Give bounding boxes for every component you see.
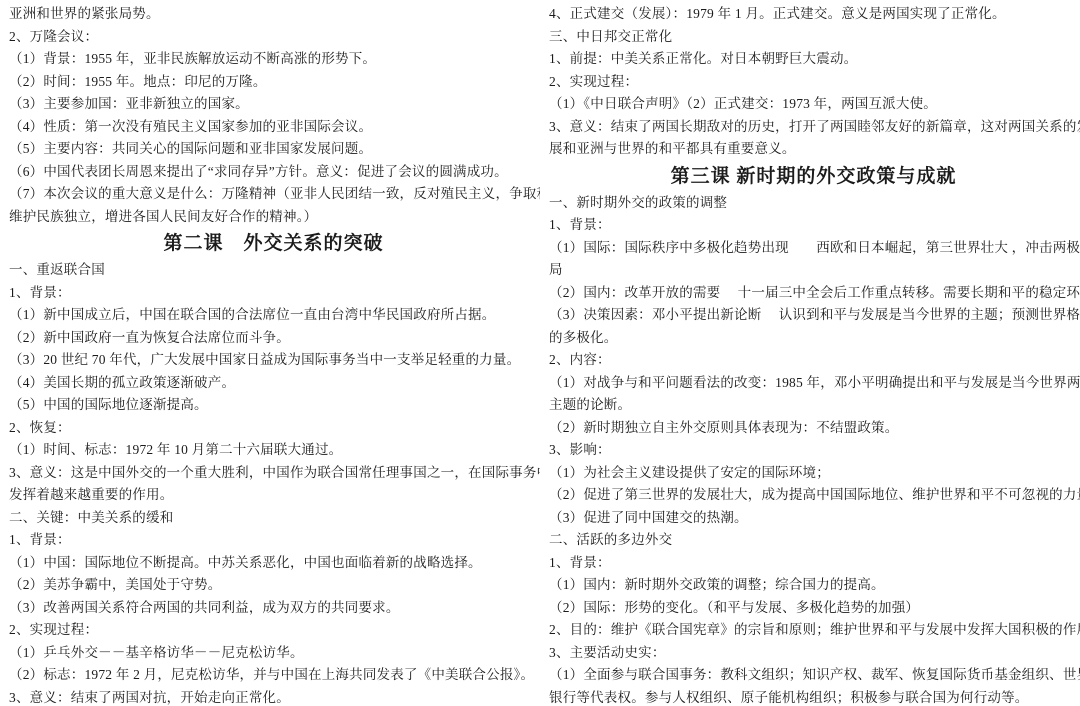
section-heading: 第二课 外交关系的突破 — [9, 228, 538, 259]
text-line: （4）美国长期的孤立政策逐渐破产。 — [9, 372, 538, 395]
text-line: （1）对战争与和平问题看法的改变：1985 年，邓小平明确提出和平与发展是当今世… — [549, 372, 1078, 395]
text-line: 银行等代表权。参与人权组织、原子能机构组织；积极参与联合国为何行动等。 — [549, 687, 1078, 706]
right-column: 4、正式建交（发展）：1979 年 1 月。正式建交。意义是两国实现了正常化。三… — [540, 0, 1080, 706]
text-line: 主题的论断。 — [549, 394, 1078, 417]
text-line: 二、关键：中美关系的缓和 — [9, 507, 538, 530]
text-line: 亚洲和世界的紧张局势。 — [9, 3, 538, 26]
text-line: （1）国际：国际秩序中多极化趋势出现 西欧和日本崛起，第三世界壮大 ，冲击两极格 — [549, 237, 1078, 260]
text-line: （1）时间、标志：1972 年 10 月第二十六届联大通过。 — [9, 439, 538, 462]
text-line: （7）本次会议的重大意义是什么：万隆精神（亚非人民团结一致，反对殖民主义，争取和 — [9, 183, 538, 206]
text-line: 发挥着越来越重要的作用。 — [9, 484, 538, 507]
text-line: 维护民族独立，增进各国人民间友好合作的精神。） — [9, 206, 538, 229]
text-line: 二、活跃的多边外交 — [549, 529, 1078, 552]
text-line: （2）标志：1972 年 2 月，尼克松访华，并与中国在上海共同发表了《中美联合… — [9, 664, 538, 687]
text-line: （3）20 世纪 70 年代，广大发展中国家日益成为国际事务当中一支举足轻重的力… — [9, 349, 538, 372]
text-line: （2）促进了第三世界的发展壮大，成为提高中国国际地位、维护世界和平不可忽视的力量… — [549, 484, 1078, 507]
text-line: （3）决策因素：邓小平提出新论断 认识到和平与发展是当今世界的主题；预测世界格局 — [549, 304, 1078, 327]
document-page: 亚洲和世界的紧张局势。2、万隆会议：（1）背景：1955 年，亚非民族解放运动不… — [0, 0, 1080, 706]
text-line: 2、实现过程： — [549, 71, 1078, 94]
text-line: （6）中国代表团长周恩来提出了“求同存异”方针。意义：促进了会议的圆满成功。 — [9, 161, 538, 184]
text-line: （3）改善两国关系符合两国的共同利益，成为双方的共同要求。 — [9, 597, 538, 620]
text-line: （2）新时期独立自主外交原则具体表现为：不结盟政策。 — [549, 417, 1078, 440]
text-line: （1）新中国成立后，中国在联合国的合法席位一直由台湾中华民国政府所占据。 — [9, 304, 538, 327]
text-line: 2、万隆会议： — [9, 26, 538, 49]
text-line: 三、中日邦交正常化 — [549, 26, 1078, 49]
text-line: 3、意义：结束了两国对抗，开始走向正常化。 — [9, 687, 538, 706]
text-line: 局 — [549, 259, 1078, 282]
text-line: （3）主要参加国：亚非新独立的国家。 — [9, 93, 538, 116]
text-line: （5）主要内容：共同关心的国际问题和亚非国家发展问题。 — [9, 138, 538, 161]
text-line: 1、背景： — [9, 282, 538, 305]
text-line: （1）中国：国际地位不断提高。中苏关系恶化，中国也面临着新的战略选择。 — [9, 552, 538, 575]
text-line: 展和亚洲与世界的和平都具有重要意义。 — [549, 138, 1078, 161]
text-line: 的多极化。 — [549, 327, 1078, 350]
text-line: （2）美苏争霸中，美国处于守势。 — [9, 574, 538, 597]
text-line: （2）国际：形势的变化。（和平与发展、多极化趋势的加强） — [549, 597, 1078, 620]
text-line: （3）促进了同中国建交的热潮。 — [549, 507, 1078, 530]
text-line: （1）国内：新时期外交政策的调整；综合国力的提高。 — [549, 574, 1078, 597]
section-heading: 第三课 新时期的外交政策与成就 — [549, 161, 1078, 192]
text-line: 1、前提：中美关系正常化。对日本朝野巨大震动。 — [549, 48, 1078, 71]
text-line: 2、目的：维护《联合国宪章》的宗旨和原则；维护世界和平与发展中发挥大国积极的作用… — [549, 619, 1078, 642]
text-line: 一、重返联合国 — [9, 259, 538, 282]
text-line: （4）性质：第一次没有殖民主义国家参加的亚非国际会议。 — [9, 116, 538, 139]
text-line: 3、意义：这是中国外交的一个重大胜利，中国作为联合国常任理事国之一，在国际事务中 — [9, 462, 538, 485]
text-line: （1）全面参与联合国事务：教科文组织；知识产权、裁军、恢复国际货币基金组织、世界 — [549, 664, 1078, 687]
text-line: 3、主要活动史实： — [549, 642, 1078, 665]
text-line: 3、影响： — [549, 439, 1078, 462]
text-line: （1）为社会主义建设提供了安定的国际环境； — [549, 462, 1078, 485]
text-line: （2）新中国政府一直为恢复合法席位而斗争。 — [9, 327, 538, 350]
text-line: （1）背景：1955 年，亚非民族解放运动不断高涨的形势下。 — [9, 48, 538, 71]
text-line: （1）《中日联合声明》（2）正式建交：1973 年，两国互派大使。 — [549, 93, 1078, 116]
text-line: 2、恢复： — [9, 417, 538, 440]
text-line: 3、意义：结束了两国长期敌对的历史，打开了两国睦邻友好的新篇章，这对两国关系的发 — [549, 116, 1078, 139]
text-line: 1、背景： — [549, 552, 1078, 575]
text-line: （2）国内：改革开放的需要 十一届三中全会后工作重点转移。需要长期和平的稳定环境 — [549, 282, 1078, 305]
text-line: 1、背景： — [549, 214, 1078, 237]
text-line: （2）时间：1955 年。地点：印尼的万隆。 — [9, 71, 538, 94]
text-line: （5）中国的国际地位逐渐提高。 — [9, 394, 538, 417]
text-line: 1、背景： — [9, 529, 538, 552]
text-line: 4、正式建交（发展）：1979 年 1 月。正式建交。意义是两国实现了正常化。 — [549, 3, 1078, 26]
text-line: （1）乒乓外交－－基辛格访华－－尼克松访华。 — [9, 642, 538, 665]
text-line: 2、内容： — [549, 349, 1078, 372]
text-line: 2、实现过程： — [9, 619, 538, 642]
left-column: 亚洲和世界的紧张局势。2、万隆会议：（1）背景：1955 年，亚非民族解放运动不… — [0, 0, 540, 706]
text-line: 一、新时期外交的政策的调整 — [549, 192, 1078, 215]
